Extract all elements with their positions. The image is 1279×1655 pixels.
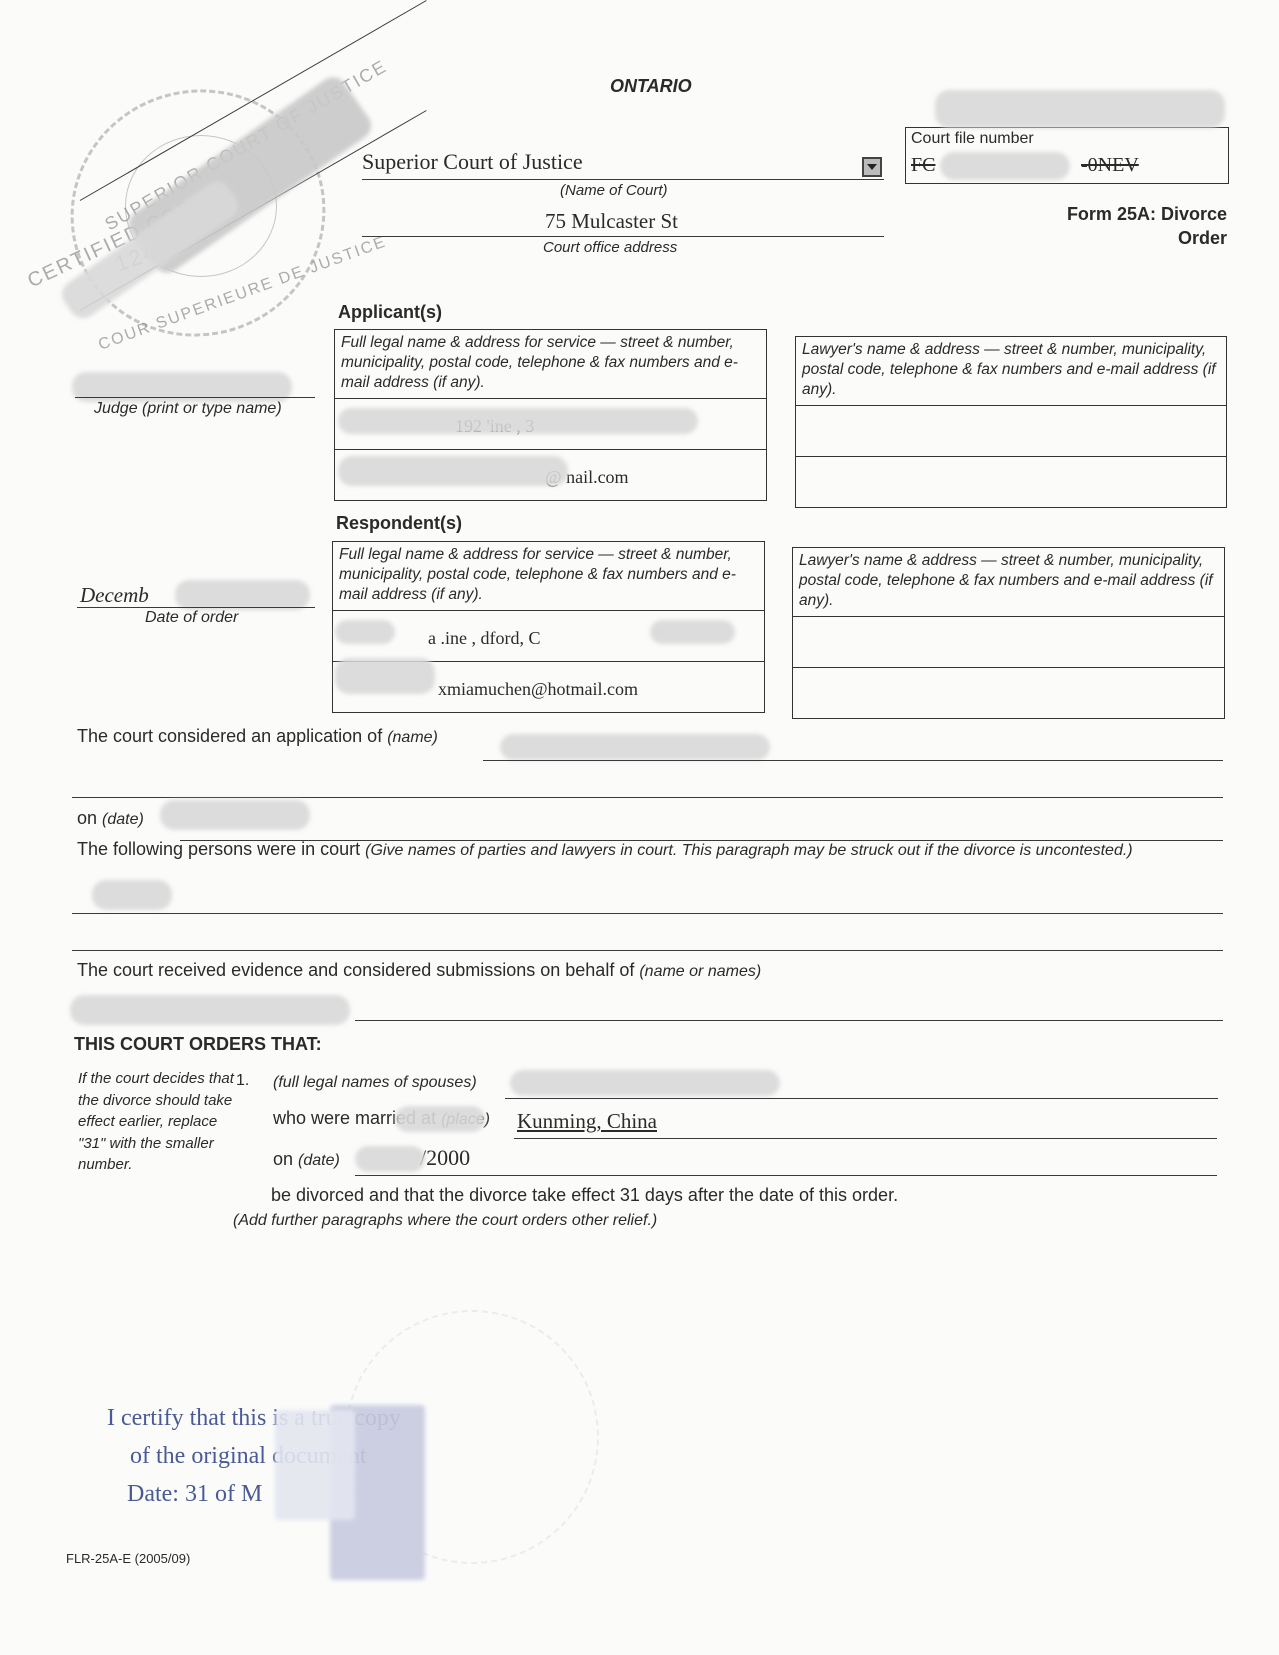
applicants-heading: Applicant(s) [338, 302, 442, 323]
married-place-line[interactable] [514, 1138, 1217, 1139]
order-item-number: 1. [236, 1072, 249, 1090]
applicant-lawyer-box: Lawyer's name & address — street & numbe… [795, 336, 1227, 508]
evidence-label: The court received evidence and consider… [77, 960, 639, 980]
court-file-number-prefix: FC [911, 154, 935, 177]
spouses-hint: (full legal names of spouses) [273, 1074, 477, 1092]
orders-heading: THIS COURT ORDERS THAT: [74, 1034, 322, 1055]
judge-caption: Judge (print or type name) [94, 400, 282, 418]
applicant-lawyer-row2[interactable] [796, 457, 1226, 507]
redacted-applicant-name [500, 734, 770, 760]
application-name-line[interactable] [483, 760, 1223, 761]
orders-side-note: If the court decides that the divorce sh… [78, 1068, 243, 1176]
court-address-underline [362, 236, 884, 237]
court-address: 75 Mulcaster St [545, 209, 678, 234]
court-name-underline [362, 179, 884, 180]
married-date-text: on (date) [273, 1149, 340, 1170]
redacted-date-of-order [175, 580, 310, 610]
redacted-application-date [160, 800, 310, 830]
spouses-line[interactable] [505, 1098, 1218, 1099]
redacted-certification-text [275, 1410, 355, 1520]
court-file-number-label: Court file number [911, 130, 1034, 148]
respondent-address-value: a .ine , dford, C [428, 628, 540, 649]
applicant-lawyer-header: Lawyer's name & address — street & numbe… [796, 337, 1226, 406]
redacted-file-number [940, 152, 1070, 180]
redacted-married-place-label [395, 1106, 485, 1132]
applicant-party-header: Full legal name & address for service — … [335, 330, 766, 399]
application-label: The court considered an application of [77, 726, 387, 746]
persons-text: The following persons were in court (Giv… [77, 838, 1177, 862]
respondent-party-header: Full legal name & address for service — … [333, 542, 764, 611]
divorce-order-text: be divorced and that the divorce take ef… [271, 1185, 898, 1206]
application-hint: (name) [387, 729, 438, 746]
evidence-line[interactable] [355, 1020, 1223, 1021]
redacted-respondent-address-2 [650, 620, 735, 644]
persons-line-2[interactable] [72, 950, 1223, 951]
form-code: FLR-25A-E (2005/09) [66, 1551, 190, 1566]
redacted-header-top [935, 90, 1225, 128]
respondent-lawyer-box: Lawyer's name & address — street & numbe… [792, 547, 1225, 719]
redacted-respondent-contact [335, 658, 435, 694]
court-name: Superior Court of Justice [362, 149, 583, 175]
respondents-heading: Respondent(s) [336, 513, 462, 534]
redacted-spouses-names [510, 1070, 780, 1096]
application-name-line-2[interactable] [72, 797, 1223, 798]
persons-line-1[interactable] [72, 913, 1223, 914]
married-date-label: on [273, 1149, 298, 1169]
evidence-hint: (name or names) [639, 963, 761, 980]
redacted-persons [92, 880, 172, 910]
respondent-contact-value: xmiamuchen@hotmail.com [438, 679, 638, 700]
on-date-text: on (date) [77, 808, 144, 829]
form-title-line2: Order [1178, 228, 1227, 249]
province-title: ONTARIO [610, 76, 692, 97]
applicant-lawyer-row1[interactable] [796, 406, 1226, 457]
evidence-text: The court received evidence and consider… [77, 960, 761, 981]
certification-line3: Date: 31 of M [127, 1481, 262, 1508]
respondent-lawyer-header: Lawyer's name & address — street & numbe… [793, 548, 1224, 617]
further-relief-note: (Add further paragraphs where the court … [233, 1212, 657, 1230]
date-of-order-underline [77, 607, 315, 608]
redacted-evidence-names [70, 995, 350, 1025]
redacted-applicant-address [338, 408, 698, 434]
court-name-dropdown[interactable] [862, 157, 882, 177]
redacted-applicant-contact [338, 456, 568, 486]
court-name-caption: (Name of Court) [560, 182, 668, 199]
married-date-hint: (date) [298, 1152, 340, 1169]
application-text: The court considered an application of (… [77, 726, 438, 747]
persons-hint: (Give names of parties and lawyers in co… [365, 842, 1132, 859]
married-place-value: Kunming, China [517, 1109, 657, 1134]
persons-label: The following persons were in court [77, 839, 365, 859]
court-address-caption: Court office address [543, 239, 677, 256]
redacted-married-date [355, 1146, 425, 1172]
respondent-lawyer-row1[interactable] [793, 617, 1224, 668]
married-date-value: /2000 [420, 1145, 470, 1171]
on-date-label: on [77, 808, 102, 828]
on-date-hint: (date) [102, 811, 144, 828]
redacted-respondent-address [335, 620, 395, 644]
respondent-lawyer-row2[interactable] [793, 668, 1224, 718]
judge-name-underline [75, 397, 315, 398]
date-of-order-value: Decemb [80, 583, 149, 608]
court-file-number-suffix: -0NEV [1081, 154, 1139, 177]
married-date-line[interactable] [355, 1175, 1217, 1176]
date-of-order-caption: Date of order [145, 609, 238, 627]
form-title-line1: Form 25A: Divorce [1067, 204, 1227, 225]
